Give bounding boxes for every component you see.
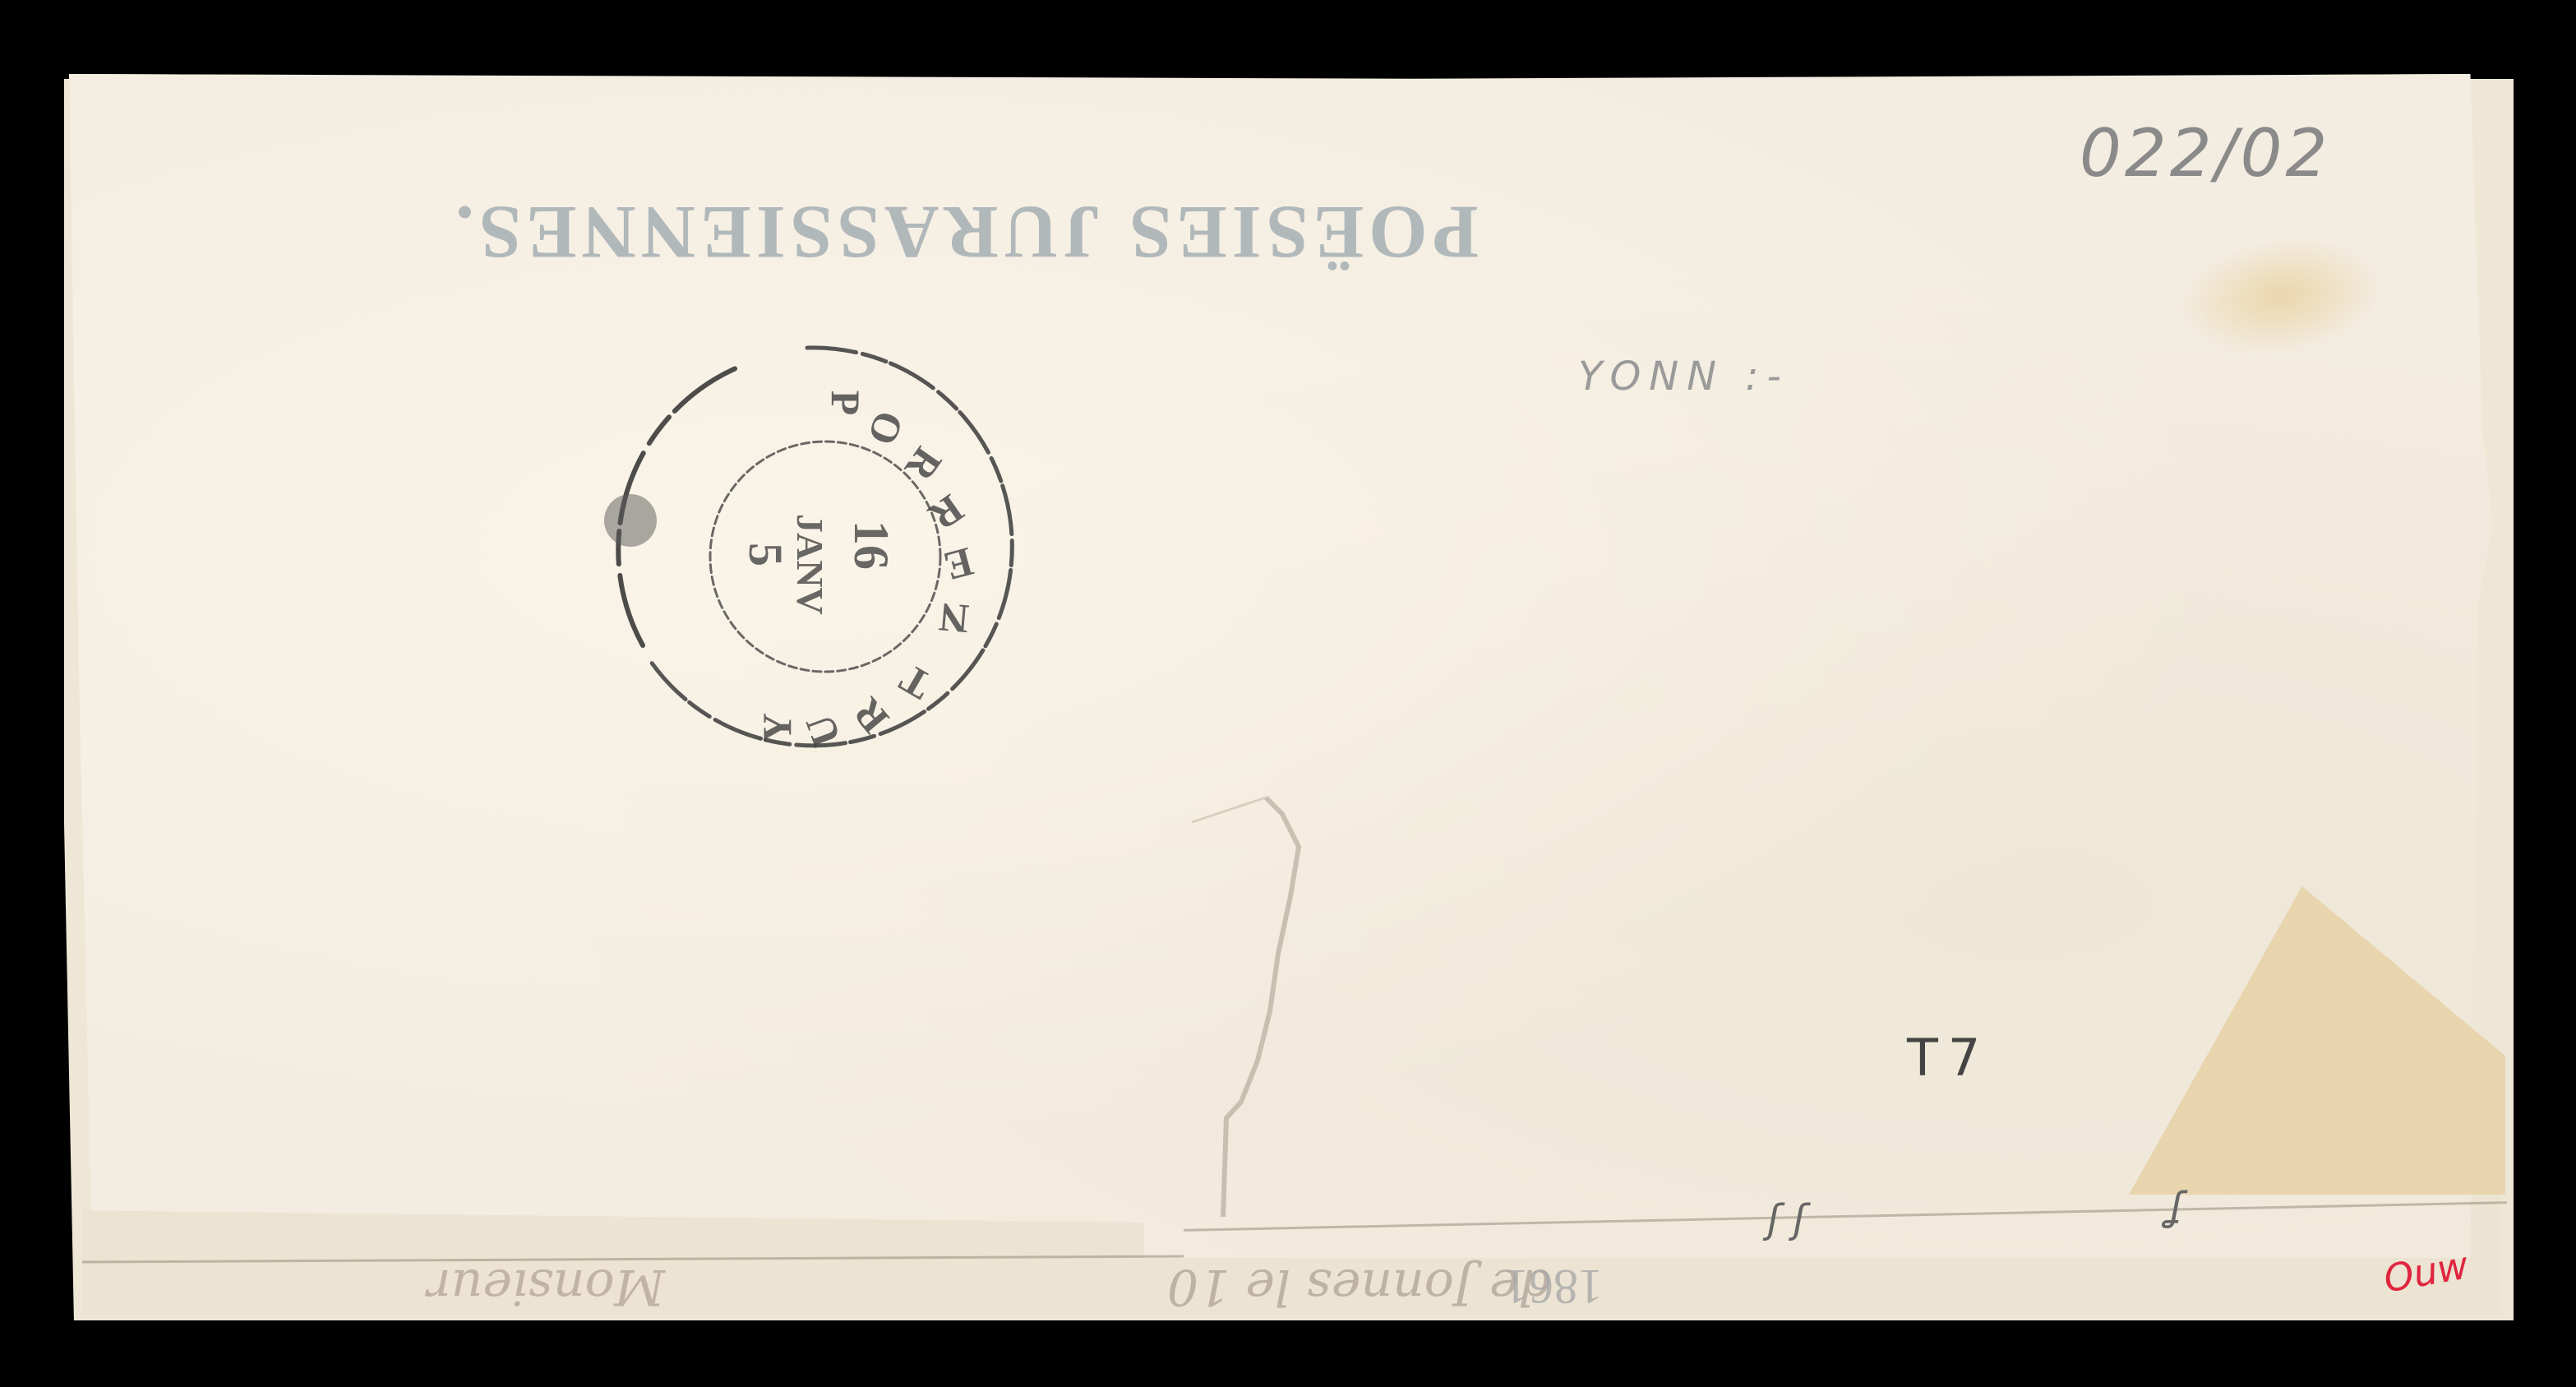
pencil-sender-note: YONN :- (1578, 354, 1789, 400)
svg-text:U: U (796, 709, 850, 752)
pencil-scrawl: ʃ ʃ (1767, 1196, 1807, 1242)
svg-text:T: T (892, 655, 939, 709)
pencil-scrawl-2: ʆ (2170, 1184, 2183, 1230)
cover-scan: POËSIES JURASSIENNES. 022/02 YONN :- P O… (0, 0, 2576, 1387)
pencil-code-t7: T7 (1907, 1028, 1990, 1088)
paper-tear (1175, 789, 1340, 1217)
reverse-date-fragment: 1861 (1504, 1258, 1603, 1315)
svg-text:5: 5 (739, 543, 792, 566)
svg-text:JANV: JANV (789, 514, 831, 615)
pencil-reference-number: 022/02 (2080, 115, 2330, 192)
svg-text:16: 16 (844, 520, 898, 570)
svg-text:E: E (939, 539, 978, 590)
svg-text:R: R (921, 486, 972, 541)
svg-text:N: N (937, 594, 971, 642)
postmark-letter: P (823, 391, 869, 416)
svg-text:R: R (843, 689, 898, 742)
porrentruy-postmark: P O R R E N T R U Y 16 JANV 5 (593, 333, 1021, 761)
bleed-through-title: POËSIES JURASSIENNES. (450, 189, 1479, 276)
svg-text:Y: Y (754, 713, 800, 742)
reverse-address-fragment-2: de Jonnes le 10 (1167, 1258, 1550, 1315)
reverse-address-fragment-1: Monsieur (427, 1258, 665, 1315)
